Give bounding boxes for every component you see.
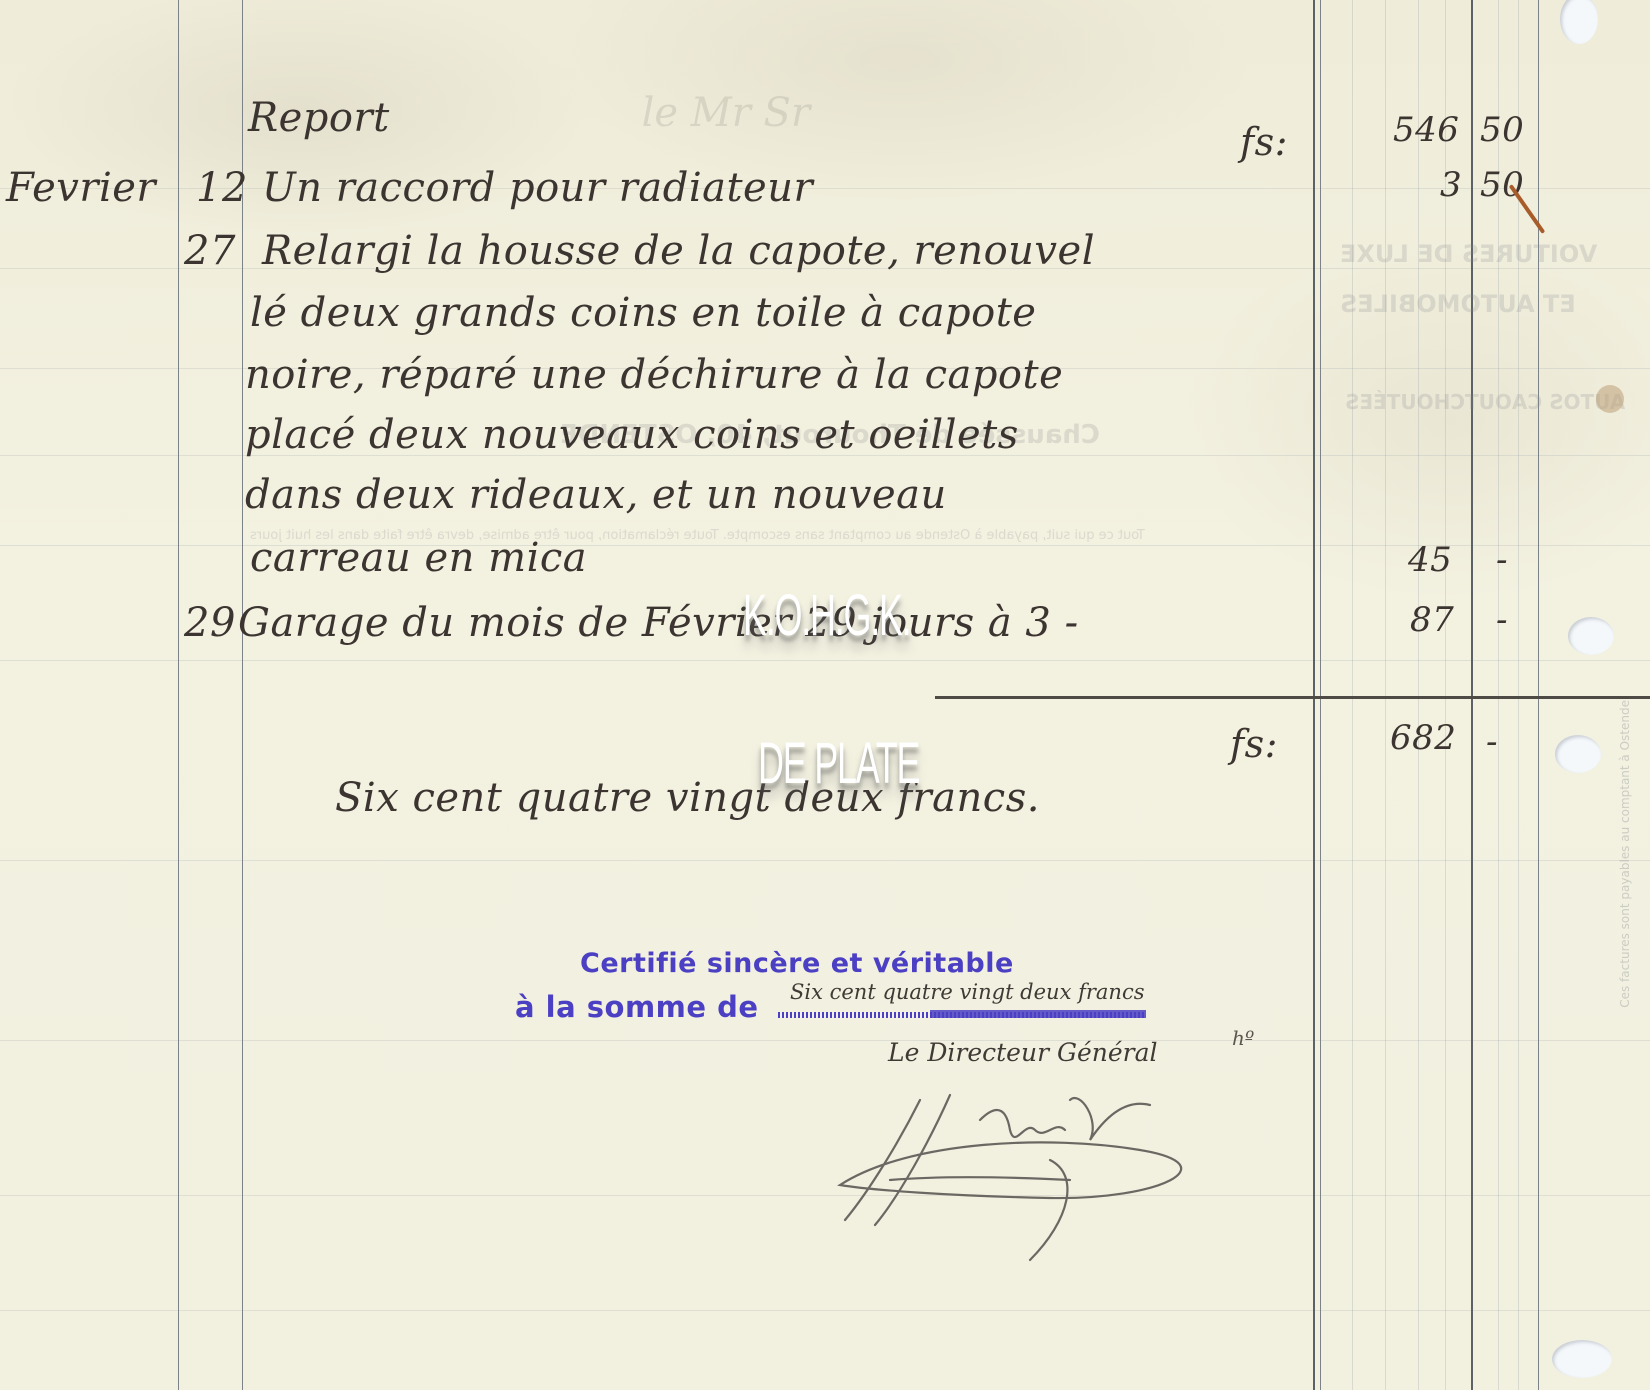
total-in-words: Six cent quatre vingt deux francs.: [335, 775, 1040, 821]
right-margin-divider: [1538, 0, 1539, 1390]
entry-description-line: dans deux rideaux, et un nouveau: [245, 472, 947, 518]
carry-forward-label: Report: [248, 95, 390, 141]
column-guide: [1418, 0, 1419, 1390]
certification-stamp-line1: Certifié sincère et véritable: [580, 948, 1014, 979]
description-column-divider: [1313, 0, 1315, 1390]
entry-description: Garage du mois de Février 29 jours à 3 -: [238, 600, 1079, 646]
signature-scrawl: [830, 1080, 1250, 1280]
letterhead-show-through: ET AUTOMOBILES: [1340, 290, 1576, 318]
margin-printed-text: Ces factures sont payables au comptant à…: [1618, 700, 1638, 1008]
watermark-de-plate: DE PLATE: [758, 730, 919, 797]
ruling-line: [0, 1195, 1650, 1196]
carry-forward-cents: 50: [1480, 110, 1524, 150]
ruling-line: [0, 1310, 1650, 1311]
ruling-line: [0, 860, 1650, 861]
column-guide: [1445, 0, 1446, 1390]
show-through-text: le Mr Sr: [400, 90, 810, 136]
letterhead-show-through: VOITURES DE LUXE: [1340, 240, 1597, 268]
month-column-divider: [178, 0, 179, 1390]
entry-cents: -: [1496, 600, 1508, 640]
entry-day: 29: [184, 600, 236, 646]
entry-units: 87: [1410, 600, 1454, 640]
certification-stamp-line2: à la somme de: [515, 990, 759, 1024]
punch-hole: [1568, 617, 1614, 655]
entry-description-line: placé deux nouveaux coins et oeillets: [245, 412, 1019, 458]
paper-stain: [1596, 385, 1624, 413]
stamp-underline-bar: [930, 1010, 1146, 1018]
punch-hole: [1555, 735, 1601, 773]
entry-description: Un raccord pour radiateur: [262, 165, 813, 211]
column-guide: [1352, 0, 1353, 1390]
carry-forward-currency: fs:: [1240, 120, 1288, 164]
entry-units: 3: [1440, 165, 1462, 205]
total-units: 682: [1390, 718, 1456, 758]
entry-description-line: lé deux grands coins en toile à capote: [250, 290, 1036, 336]
signatory-title: Le Directeur Général: [888, 1038, 1157, 1067]
entry-day: 27: [184, 228, 236, 274]
signatory-title-suffix: hº: [1232, 1026, 1254, 1050]
punch-hole: [1552, 1340, 1612, 1378]
ruling-line: [0, 660, 1650, 661]
watermark-koh-gk: K.O.H.G.K.: [743, 582, 910, 649]
description-column-divider-double: [1320, 0, 1321, 1390]
entry-description-line: noire, réparé une déchirure à la capote: [245, 352, 1063, 398]
entry-description-line: carreau en mica: [250, 535, 587, 581]
letterhead-show-through: AUTOS CAOUTCHOUTÉES: [1345, 390, 1625, 414]
total-rule: [935, 696, 1650, 699]
total-cents: -: [1486, 722, 1498, 762]
total-currency: fs:: [1230, 722, 1278, 766]
column-guide: [1518, 0, 1519, 1390]
cents-column-divider: [1471, 0, 1473, 1390]
column-guide: [1498, 0, 1499, 1390]
stamp-written-amount: Six cent quatre vingt deux francs: [790, 980, 1145, 1004]
carry-forward-units: 546: [1393, 110, 1459, 150]
entry-units: 45: [1408, 540, 1452, 580]
entry-cents: -: [1496, 540, 1508, 580]
column-guide: [1385, 0, 1386, 1390]
entry-month: Fevrier: [6, 165, 156, 211]
ruling-line: [0, 545, 1650, 546]
ruling-line: [0, 1040, 1650, 1041]
entry-day: 12: [196, 165, 248, 211]
entry-description-line: Relargi la housse de la capote, renouvel: [262, 228, 1095, 274]
